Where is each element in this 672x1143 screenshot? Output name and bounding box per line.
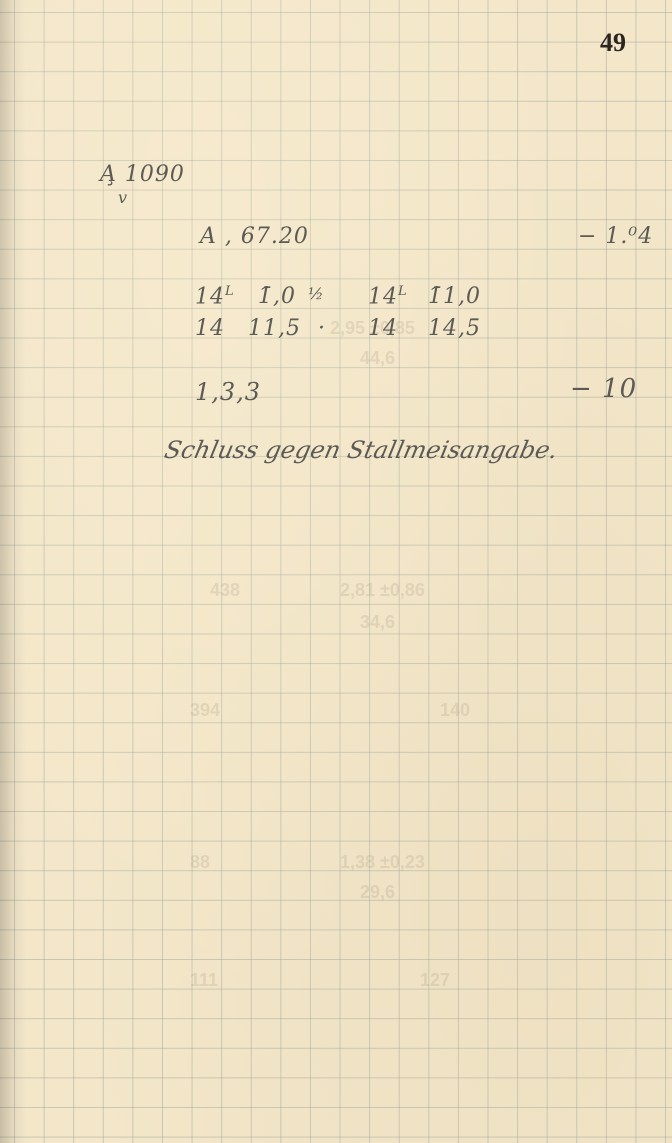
table-cell: 14L bbox=[368, 284, 408, 309]
line2-right: − 10 bbox=[570, 374, 637, 404]
entry-header: A̧ 1090 bbox=[100, 162, 185, 187]
entry-header-subscript: v bbox=[118, 188, 128, 207]
cell: 14,5̄ bbox=[428, 316, 481, 341]
cell: 1̄1,0 bbox=[428, 284, 481, 309]
bleed-through-text: 140 bbox=[440, 700, 470, 721]
bleed-through-text: 29,6 bbox=[360, 882, 395, 903]
line1-right: − 1.⁰4 bbox=[578, 224, 653, 249]
entry-header-text: A̧ 1090 bbox=[100, 162, 185, 187]
table-row: 14L bbox=[195, 284, 235, 309]
line2-left: 1,3,3 bbox=[195, 378, 261, 406]
page-number: 49 bbox=[600, 28, 626, 58]
bleed-through-text: 1,38 ±0,23 bbox=[340, 852, 425, 873]
notebook-page: 2,95 ±0,85 44,6 438 2,81 ±0,86 34,6 394 … bbox=[0, 0, 672, 1143]
bleed-through-text: 127 bbox=[420, 970, 450, 991]
bleed-through-text: 34,6 bbox=[360, 612, 395, 633]
bleed-through-text: 2,81 ±0,86 bbox=[340, 580, 425, 601]
bleed-through-text: 394 bbox=[190, 700, 220, 721]
bleed-through-text: 111 bbox=[190, 970, 218, 991]
cell: 1̄,0 bbox=[258, 284, 296, 309]
cell: 14 bbox=[368, 316, 398, 341]
bleed-through-text: 88 bbox=[190, 852, 210, 873]
cell: 14 bbox=[195, 284, 225, 309]
cell-mark: L bbox=[225, 284, 235, 299]
cell: 14 bbox=[195, 316, 225, 341]
remark-text: Schluss gegen Stallmeisangabe. bbox=[162, 436, 560, 464]
cell: ½ bbox=[308, 284, 325, 303]
cell: · bbox=[318, 316, 326, 341]
line1-left: A , 67.20 bbox=[200, 224, 309, 249]
bleed-through-text: 44,6 bbox=[360, 348, 395, 369]
cell-mark: L bbox=[398, 284, 408, 299]
cell: 11,5 bbox=[248, 316, 301, 341]
bleed-through-text: 438 bbox=[210, 580, 240, 601]
cell: 14 bbox=[368, 284, 398, 309]
